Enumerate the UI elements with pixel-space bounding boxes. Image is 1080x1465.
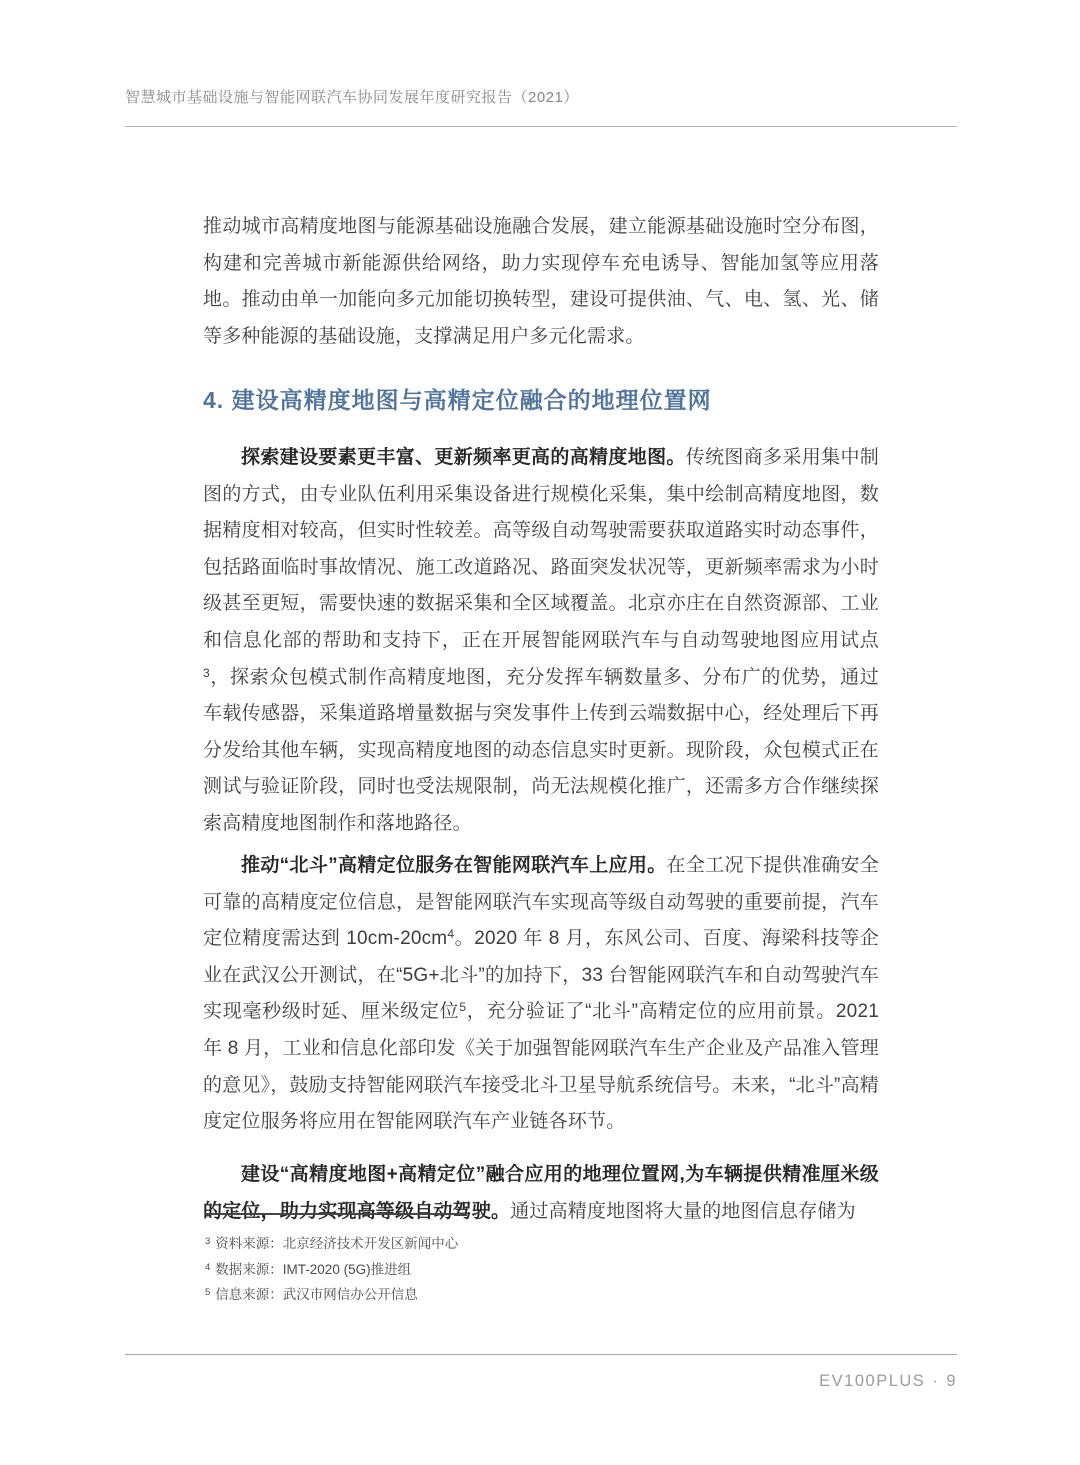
document-page: 智慧城市基础设施与智能网联汽车协同发展年度研究报告（2021） 推动城市高精度地… [0,0,1080,1465]
footer-brand: EV100PLUS [819,1372,925,1390]
page-footer: EV100PLUS·9 [125,1372,957,1391]
footnote-number: 3 [205,1236,210,1247]
footnote-item: 4数据来源：IMT-2020 (5G)推进组 [205,1257,765,1283]
footnote-number: 4 [205,1262,210,1273]
footnote-text: 数据来源：IMT-2020 (5G)推进组 [215,1262,411,1277]
lead-bold-run: 探索建设要素更丰富、更新频率更高的高精度地图。 [241,447,686,468]
paragraph-energy-infrastructure: 推动城市高精度地图与能源基础设施融合发展，建立能源基础设施时空分布图，构建和完善… [203,209,879,355]
text-run: 通过高精度地图将大量的地图信息存储为 [510,1201,856,1222]
report-title: 智慧城市基础设施与智能网联汽车协同发展年度研究报告（2021） [125,86,579,107]
footer-separator: · [932,1372,939,1390]
footnote-text: 资料来源：北京经济技术开发区新闻中心 [215,1236,458,1251]
header-divider [125,126,957,127]
lead-bold-run: 推动“北斗”高精定位服务在智能网联汽车上应用。 [241,855,667,876]
paragraph-geo-location-network: 建设“高精度地图+高精定位”融合应用的地理位置网,为车辆提供精准厘米级的定位，助… [203,1157,879,1230]
footnote-number: 5 [205,1287,210,1298]
footnotes-list: 3资料来源：北京经济技术开发区新闻中心 4数据来源：IMT-2020 (5G)推… [205,1231,765,1308]
footnote-item: 5信息来源：武汉市网信办公开信息 [205,1282,765,1308]
footer-divider [125,1354,957,1355]
text-run: ，探索众包模式制作高精度地图，充分发挥车辆数量多、分布广的优势，通过车载传感器，… [203,667,879,834]
footnote-text: 信息来源：武汉市网信办公开信息 [215,1287,418,1302]
page-number: 9 [946,1372,957,1390]
text-run: 传统图商多采用集中制图的方式，由专业队伍利用采集设备进行规模化采集，集中绘制高精… [203,447,879,651]
section-heading: 4. 建设高精度地图与高精定位融合的地理位置网 [203,382,903,415]
text-run: 推动城市高精度地图与能源基础设施融合发展，建立能源基础设施时空分布图，构建和完善… [203,216,879,347]
footnote-divider [205,1213,467,1215]
footnote-ref: 3 [203,666,210,680]
paragraph-beidou-positioning: 推动“北斗”高精定位服务在智能网联汽车上应用。在全工况下提供准确安全可靠的高精度… [203,848,879,1141]
footnote-item: 3资料来源：北京经济技术开发区新闻中心 [205,1231,765,1257]
paragraph-explore-hd-map: 探索建设要素更丰富、更新频率更高的高精度地图。传统图商多采用集中制图的方式，由专… [203,440,879,843]
